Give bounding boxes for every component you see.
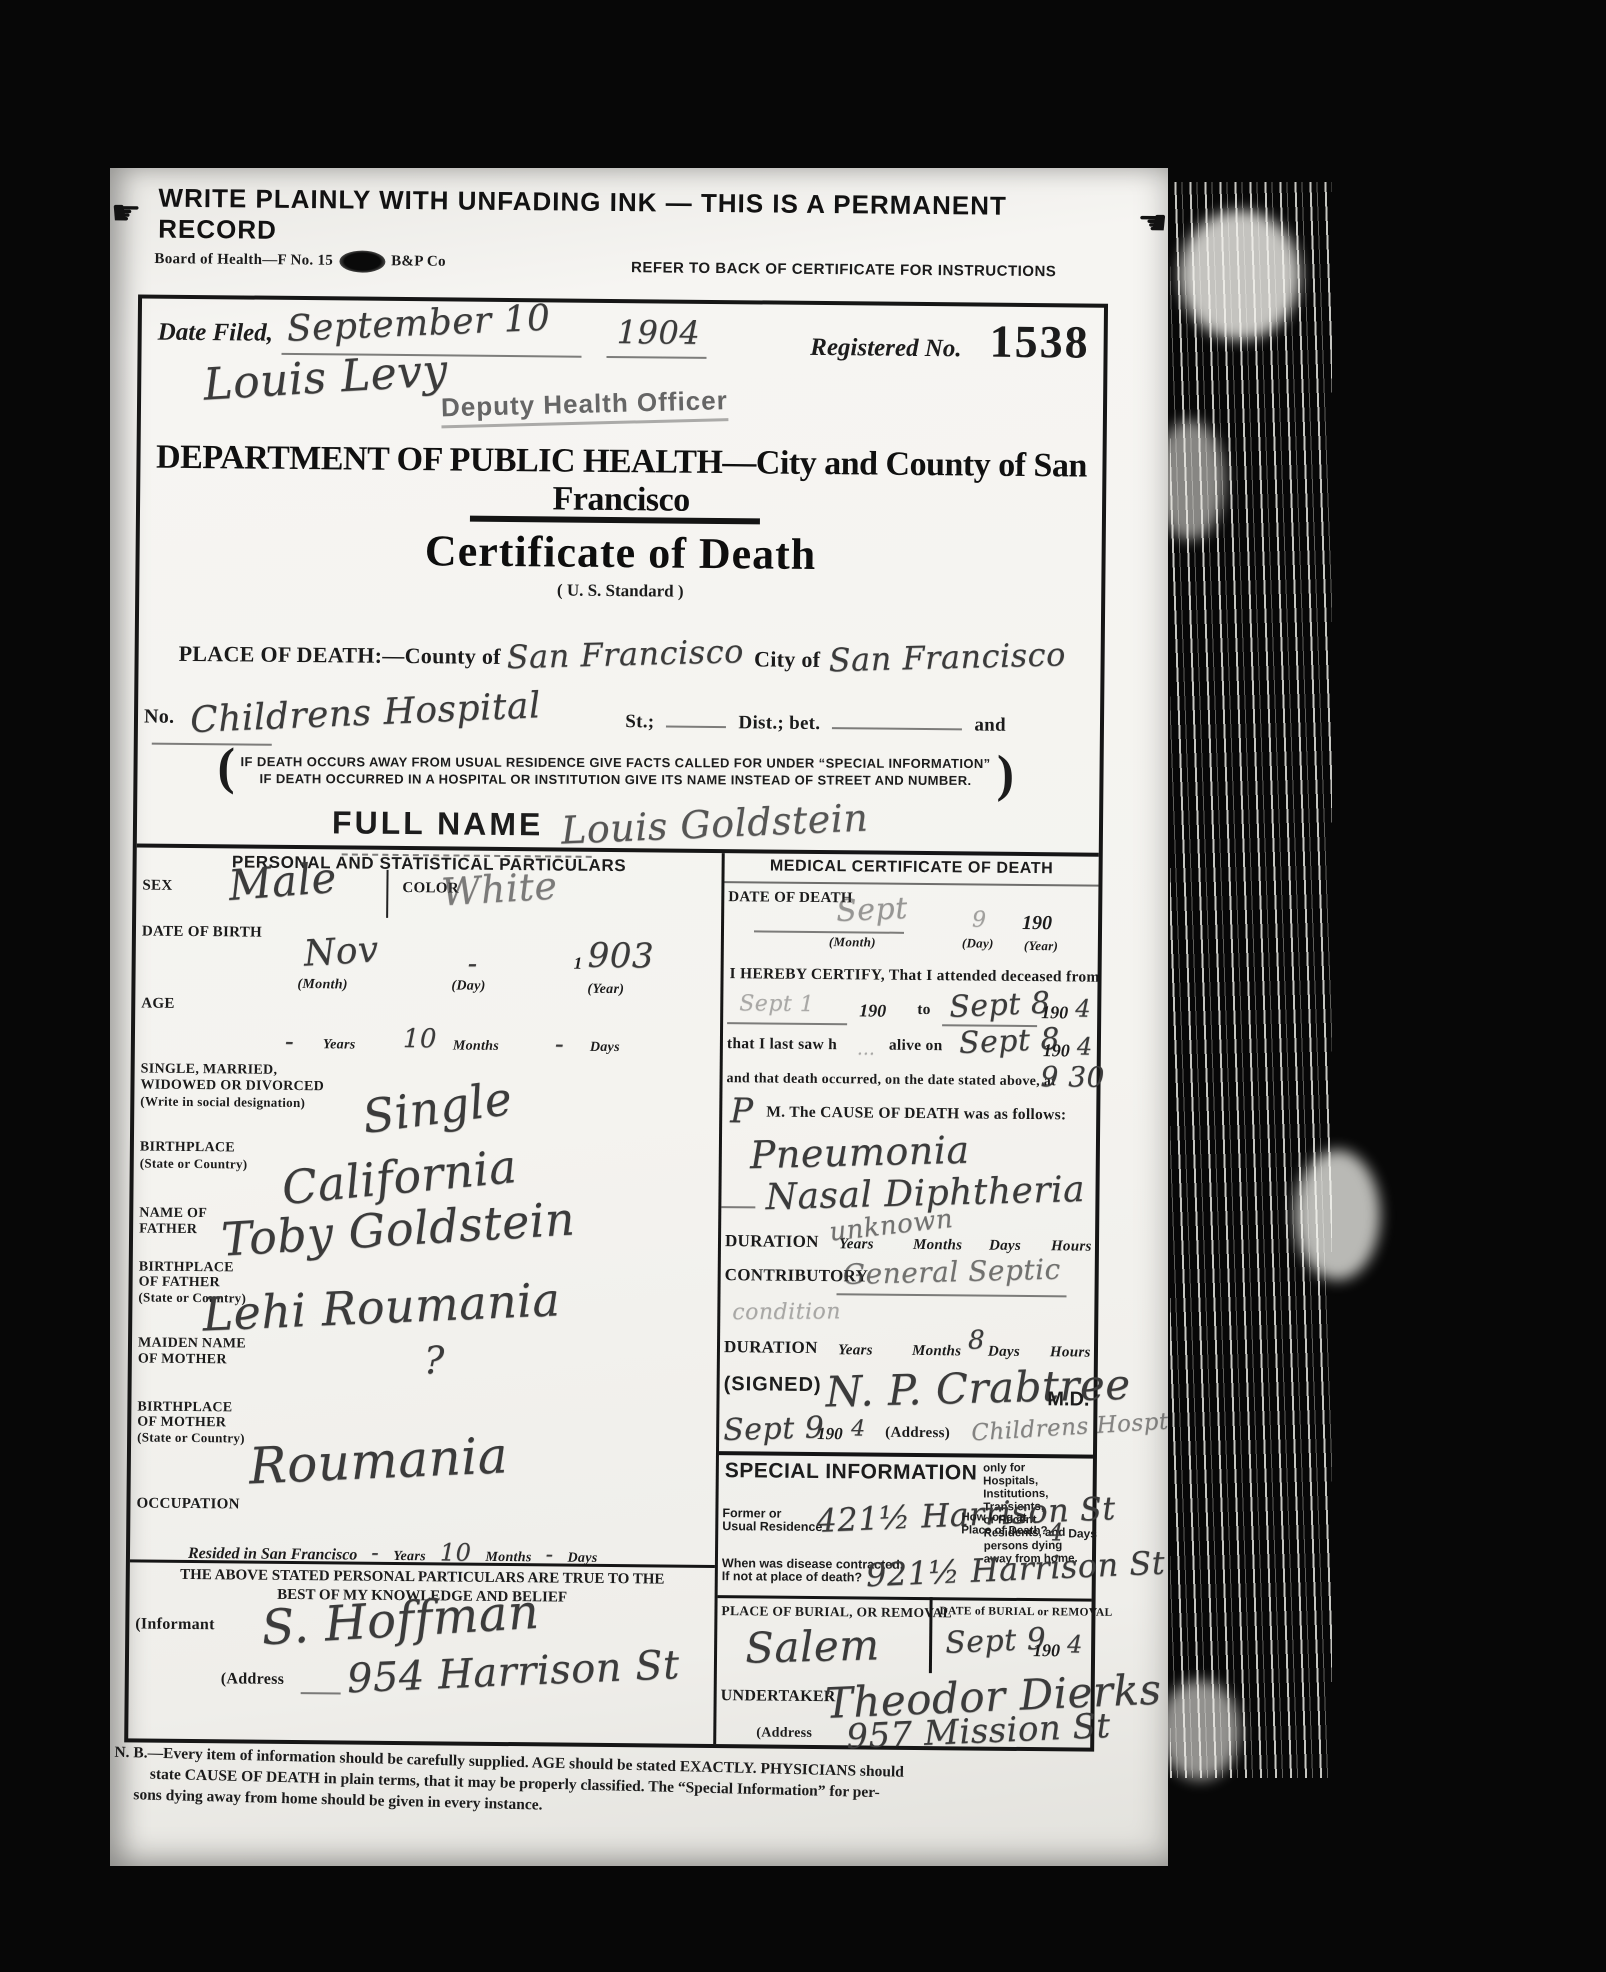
- former-residence-label: Former or Usual Residence: [722, 1507, 822, 1534]
- personal-header: PERSONAL AND STATISTICAL PARTICULARS: [137, 851, 722, 877]
- special-rule: [719, 1451, 1093, 1459]
- md-label: M.D.: [1047, 1388, 1089, 1411]
- age-years-label: Years: [323, 1037, 356, 1053]
- sex-label: SEX: [142, 878, 172, 895]
- date-filed-value: September 10: [286, 298, 551, 350]
- date-filed-label: Date Filed,: [158, 319, 274, 348]
- scan-highlight: [1160, 1680, 1240, 1780]
- dob-day-label: (Day): [451, 978, 485, 994]
- department-title: DEPARTMENT OF PUBLIC HEALTH—City and Cou…: [140, 438, 1103, 523]
- registered-no-label: Registered No.: [810, 334, 962, 363]
- death-occurred-label: and that death occurred, on the date sta…: [727, 1071, 1057, 1090]
- no-label: No.: [144, 706, 175, 728]
- death-time-value: 9 30: [1040, 1060, 1105, 1094]
- duration1-months-label: Months: [913, 1237, 962, 1254]
- institution-value: Childrens Hospital: [190, 685, 542, 741]
- pointing-hand-left-icon: ☚: [1137, 203, 1169, 243]
- birthplace-label-2: (State or Country): [140, 1155, 248, 1172]
- dod-year-print: 190: [1022, 912, 1052, 935]
- meridiem-value: P: [730, 1091, 754, 1131]
- medical-header: MEDICAL CERTIFICATE OF DEATH: [725, 857, 1099, 879]
- cause-of-death-label: M. The CAUSE OF DEATH was as follows:: [766, 1104, 1066, 1125]
- informant-address-value: 954 Harrison St: [346, 1642, 681, 1702]
- father-name-label-1: NAME OF: [139, 1205, 207, 1222]
- certificate-title: Certificate of Death: [139, 522, 1101, 582]
- date-of-death-month: Sept: [835, 891, 908, 929]
- marital-label-3: (Write in social designation): [140, 1094, 324, 1112]
- stamp-icon: [339, 250, 385, 272]
- birthplace-label: BIRTHPLACE (State or Country): [140, 1139, 248, 1172]
- certificate-page: ☛ WRITE PLAINLY WITH UNFADING INK — THIS…: [110, 168, 1168, 1866]
- age-years-value: -: [285, 1027, 295, 1057]
- dob-day: -: [468, 947, 478, 980]
- age-label: AGE: [141, 996, 175, 1013]
- blank-line: [754, 925, 904, 933]
- father-name-label: NAME OF FATHER: [139, 1205, 207, 1238]
- registered-no: Registered No. 1538: [810, 313, 1090, 369]
- marital-label: SINGLE, MARRIED, WIDOWED OR DIVORCED (Wr…: [140, 1062, 324, 1112]
- banner-text: WRITE PLAINLY WITH UNFADING INK — THIS I…: [158, 183, 1122, 254]
- residence-note-line1: IF DEATH OCCURS AWAY FROM USUAL RESIDENC…: [241, 753, 991, 772]
- mother-birthplace-label-2: OF MOTHER: [137, 1414, 245, 1430]
- burial-place-value: Salem: [745, 1620, 881, 1672]
- certificate-content: ☛ WRITE PLAINLY WITH UNFADING INK — THIS…: [95, 166, 1169, 1874]
- duration2-months-label: Months: [912, 1343, 961, 1360]
- residence-note: ( IF DEATH OCCURS AWAY FROM USUAL RESIDE…: [217, 737, 1014, 804]
- dob-month: Nov: [303, 929, 380, 974]
- age-months-value: 10: [403, 1024, 437, 1054]
- birthplace-label-1: BIRTHPLACE: [140, 1139, 248, 1156]
- age-months-label: Months: [453, 1038, 499, 1054]
- burial-year-value: 4: [1067, 1630, 1083, 1658]
- close-paren: ): [997, 745, 1015, 804]
- scan-highlight: [1295, 1150, 1380, 1280]
- form-number: Board of Health—F No. 15B&P Co: [154, 249, 446, 274]
- blank-line: [606, 351, 706, 359]
- dod-day-label: (Day): [962, 935, 994, 951]
- burial-date-label: DATE of BURIAL or REMOVAL: [939, 1605, 1112, 1619]
- mother-birthplace-label-1: BIRTHPLACE: [137, 1399, 245, 1415]
- mother-birthplace-value: Roumania: [248, 1426, 509, 1495]
- residence-note-line2: IF DEATH OCCURRED IN A HOSPITAL OR INSTI…: [241, 770, 991, 789]
- special-header: SPECIAL INFORMATION: [725, 1459, 978, 1485]
- blank-line: [832, 722, 962, 730]
- mother-maiden-value: ?: [424, 1338, 445, 1382]
- cause-1: Pneumonia: [749, 1128, 970, 1178]
- undertaker-label: UNDERTAKER: [721, 1687, 836, 1706]
- city-label: City of: [754, 646, 821, 673]
- open-paren: (: [217, 737, 235, 796]
- form-number-text: Board of Health—F No. 15: [154, 251, 333, 269]
- mother-maiden-label: MAIDEN NAME OF MOTHER: [138, 1335, 246, 1368]
- howlong-label-1: How long at: [961, 1511, 1047, 1525]
- from-year-print: 190: [859, 1000, 886, 1021]
- burial-year-print: 190: [1033, 1640, 1060, 1661]
- mother-birthplace-label-3: (State or Country): [137, 1429, 245, 1445]
- pointing-hand-right-icon: ☛: [111, 193, 143, 233]
- father-name-value: Toby Goldstein: [220, 1191, 577, 1266]
- full-name-label: FULL NAME: [332, 804, 544, 842]
- printer-mark: B&P Co: [391, 253, 446, 270]
- sex-value: Male: [227, 853, 339, 910]
- contributory-value: General Septic: [842, 1253, 1061, 1292]
- signed-date-value: Sept 9: [723, 1410, 825, 1448]
- marital-value: Single: [359, 1071, 515, 1144]
- date-of-death-label: DATE OF DEATH: [728, 889, 853, 907]
- duration1-days-label: Days: [989, 1238, 1021, 1255]
- marital-label-2: WIDOWED OR DIVORCED: [140, 1078, 324, 1096]
- certify-line2: Sept 1 190 to Sept 8 190 4: [727, 999, 1087, 1002]
- stray-mark: [386, 870, 388, 918]
- burial-rule: [718, 1595, 1092, 1602]
- howlong-days-label: Days: [1068, 1526, 1097, 1540]
- duration2-label: DURATION: [724, 1337, 818, 1358]
- scan-highlight: [1180, 210, 1300, 340]
- officer-signature: Louis Levy: [202, 345, 449, 411]
- father-name-label-2: FATHER: [139, 1221, 207, 1238]
- personal-column: PERSONAL AND STATISTICAL PARTICULARS SEX…: [128, 847, 725, 1744]
- blank-line: [301, 1687, 341, 1694]
- howlong-label-2: Place of Death?: [961, 1524, 1047, 1538]
- duration2-days-value: 8: [968, 1325, 985, 1355]
- howlong-value: 4: [1048, 1518, 1064, 1546]
- father-birthplace-value: Lehi Roumania: [201, 1272, 561, 1341]
- age-days-value: -: [555, 1029, 565, 1059]
- signed-year-print: 190: [817, 1424, 843, 1444]
- and-label: and: [974, 714, 1006, 735]
- duration1-years-label: Years: [839, 1236, 874, 1253]
- scanned-death-certificate: { "banner": { "text": "WRITE PLAINLY WIT…: [0, 0, 1606, 1972]
- marital-label-1: SINGLE, MARRIED,: [141, 1062, 325, 1080]
- alive-on-label: alive on: [889, 1037, 943, 1056]
- dob-year-value: 903: [588, 936, 655, 977]
- city-value: San Francisco: [828, 635, 1066, 679]
- medical-header-rule: [724, 881, 1098, 887]
- medical-column: MEDICAL CERTIFICATE OF DEATH DATE OF DEA…: [716, 853, 1099, 1748]
- refer-note: REFER TO BACK OF CERTIFICATE FOR INSTRUC…: [631, 259, 1056, 280]
- father-birthplace-label-1: BIRTHPLACE: [139, 1259, 247, 1275]
- attended-from-value: Sept 1: [739, 991, 814, 1017]
- officer-stamp: Deputy Health Officer: [441, 385, 729, 428]
- mother-birthplace-label: BIRTHPLACE OF MOTHER (State or Country): [137, 1399, 245, 1445]
- full-name-value: Louis Goldstein: [561, 795, 870, 852]
- blank-line: [666, 721, 726, 729]
- dist-label: Dist.; bet.: [738, 712, 820, 734]
- former-label-2: Usual Residence: [722, 1520, 822, 1534]
- burial-place-label: PLACE OF BURIAL, OR REMOVAL: [721, 1603, 952, 1621]
- last-saw-label: that I last saw h: [727, 1035, 837, 1053]
- blank-line: [727, 1017, 847, 1025]
- illegible-mark: …: [857, 1038, 876, 1059]
- certificate-box: Date Filed, September 10 1904 Registered…: [124, 294, 1108, 1751]
- certify-line1: I HEREBY CERTIFY, That I attended deceas…: [729, 965, 1099, 987]
- place-of-death-label: PLACE OF DEATH:—County of: [179, 641, 501, 670]
- informant-address-label: (Address: [221, 1670, 285, 1689]
- dod-year-label: (Year): [1024, 938, 1058, 954]
- place-of-death-row: PLACE OF DEATH:—County of San Francisco …: [178, 631, 1065, 678]
- blank-line: [721, 1201, 755, 1208]
- certify-line3: that I last saw h … alive on Sept 8 190 …: [727, 1035, 1087, 1056]
- banner: ☛ WRITE PLAINLY WITH UNFADING INK — THIS…: [111, 182, 1170, 254]
- signed-date-row: Sept 9 190 4 (Address) Childrens Hospt: [723, 1419, 1083, 1422]
- duration2-days-label: Days: [988, 1344, 1020, 1361]
- last-saw-year-print: 190: [1043, 1040, 1070, 1061]
- occupation-label: OCCUPATION: [136, 1495, 239, 1513]
- signed-label: (SIGNED): [724, 1373, 822, 1397]
- contributory-continuation: condition: [732, 1299, 841, 1325]
- signed-address-value: Childrens Hospt: [971, 1409, 1170, 1447]
- date-of-death-day: 9: [972, 907, 987, 932]
- dob-month-label: (Month): [297, 977, 347, 993]
- mother-maiden-label-1: MAIDEN NAME: [138, 1335, 246, 1352]
- particulars-columns: PERSONAL AND STATISTICAL PARTICULARS SEX…: [128, 843, 1099, 1747]
- last-saw-year-value: 4: [1077, 1032, 1093, 1060]
- burial-date-value: Sept 9: [944, 1622, 1047, 1661]
- dob-year-label: (Year): [587, 982, 624, 998]
- date-filed-year: 1904: [617, 313, 701, 352]
- to-label: to: [917, 1001, 931, 1019]
- informant-label: (Informant: [135, 1615, 215, 1634]
- county-value: San Francisco: [506, 632, 744, 676]
- to-year-value: 4: [1075, 994, 1091, 1022]
- duration2-hours-label: Hours: [1050, 1344, 1091, 1361]
- age-days-label: Days: [590, 1040, 620, 1056]
- dob-year-print: 1: [574, 954, 583, 974]
- to-year-print: 190: [1041, 1002, 1068, 1023]
- duration2-years-label: Years: [838, 1342, 873, 1359]
- signed-year-value: 4: [851, 1416, 866, 1441]
- dob-label: DATE OF BIRTH: [142, 924, 262, 942]
- color-value: White: [440, 863, 558, 914]
- st-label: St.;: [625, 711, 654, 732]
- blank-line: [837, 1288, 1067, 1297]
- mother-maiden-label-2: OF MOTHER: [138, 1351, 246, 1368]
- signed-address-label: (Address): [885, 1425, 950, 1443]
- duration1-label: DURATION: [725, 1231, 819, 1252]
- howlong-label: How long at Place of Death?: [961, 1511, 1048, 1538]
- footnote: N. B.—Every item of information should b…: [113, 1742, 944, 1826]
- registered-no-value: 1538: [989, 315, 1090, 369]
- undertaker-address-label: (Address: [756, 1725, 812, 1742]
- dod-month-label: (Month): [829, 934, 876, 950]
